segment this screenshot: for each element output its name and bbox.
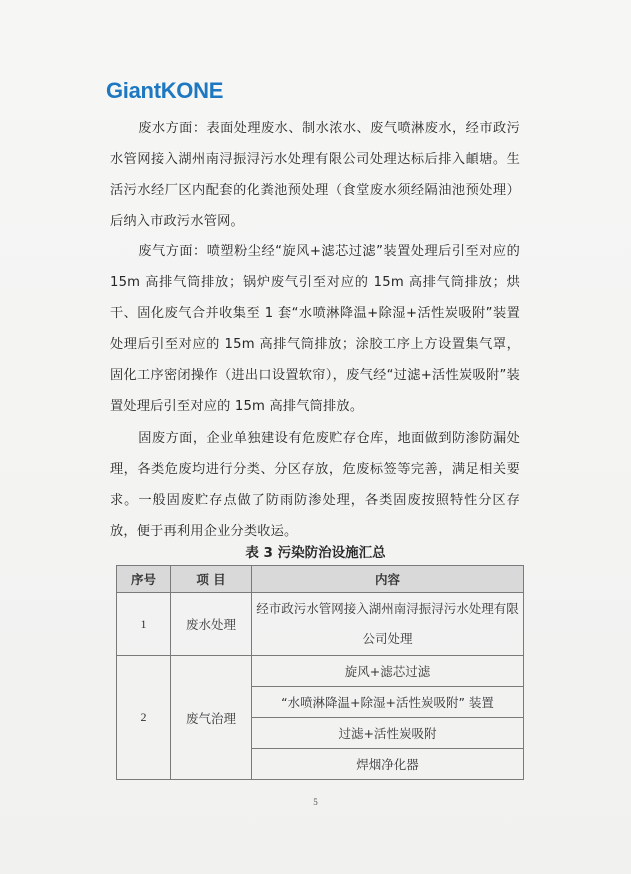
paragraph-text: 废水方面：表面处理废水、制水浓水、废气喷淋废水，经市政污水管网接入湖州南浔振浔污…: [110, 121, 520, 229]
paragraph-text: 固废方面，企业单独建设有危废贮存仓库，地面做到防渗防漏处理，各类危废均进行分类、…: [110, 431, 520, 539]
paragraph-exhaust-gas: 废气方面：喷塑粉尘经“旋风+滤芯过滤”装置处理后引至对应的15m 高排气筒排放；…: [110, 236, 520, 422]
paragraph-wastewater: 废水方面：表面处理废水、制水浓水、废气喷淋废水，经市政污水管网接入湖州南浔振浔污…: [110, 113, 520, 237]
cell-content: “水喷淋降温+除湿+活性炭吸附” 装置: [252, 687, 524, 718]
header-no: 序号: [117, 566, 171, 593]
document-page: GiantKONE 废水方面：表面处理废水、制水浓水、废气喷淋废水，经市政污水管…: [0, 0, 631, 874]
paragraph-solid-waste: 固废方面，企业单独建设有危废贮存仓库，地面做到防渗防漏处理，各类危废均进行分类、…: [110, 423, 520, 547]
cell-content: 焊烟净化器: [252, 749, 524, 780]
table-row: 2 废气治理 旋风+滤芯过滤: [117, 656, 524, 687]
pollution-control-table: 序号 项 目 内容 1 废水处理 经市政污水管网接入湖州南浔振浔污水处理有限公司…: [116, 565, 524, 780]
cell-content: 过滤+活性炭吸附: [252, 718, 524, 749]
company-logo: GiantKONE: [106, 78, 223, 104]
cell-item: 废气治理: [171, 656, 252, 780]
cell-content: 旋风+滤芯过滤: [252, 656, 524, 687]
header-content: 内容: [252, 566, 524, 593]
table-caption: 表 3 污染防治设施汇总: [0, 541, 631, 561]
cell-no: 1: [117, 593, 171, 656]
paragraph-text: 废气方面：喷塑粉尘经“旋风+滤芯过滤”装置处理后引至对应的15m 高排气筒排放；…: [110, 244, 520, 414]
cell-item: 废水处理: [171, 593, 252, 656]
page-number: 5: [0, 797, 631, 807]
table-row: 1 废水处理 经市政污水管网接入湖州南浔振浔污水处理有限公司处理: [117, 593, 524, 656]
cell-content: 经市政污水管网接入湖州南浔振浔污水处理有限公司处理: [252, 593, 524, 656]
table-header-row: 序号 项 目 内容: [117, 566, 524, 593]
header-item: 项 目: [171, 566, 252, 593]
cell-no: 2: [117, 656, 171, 780]
